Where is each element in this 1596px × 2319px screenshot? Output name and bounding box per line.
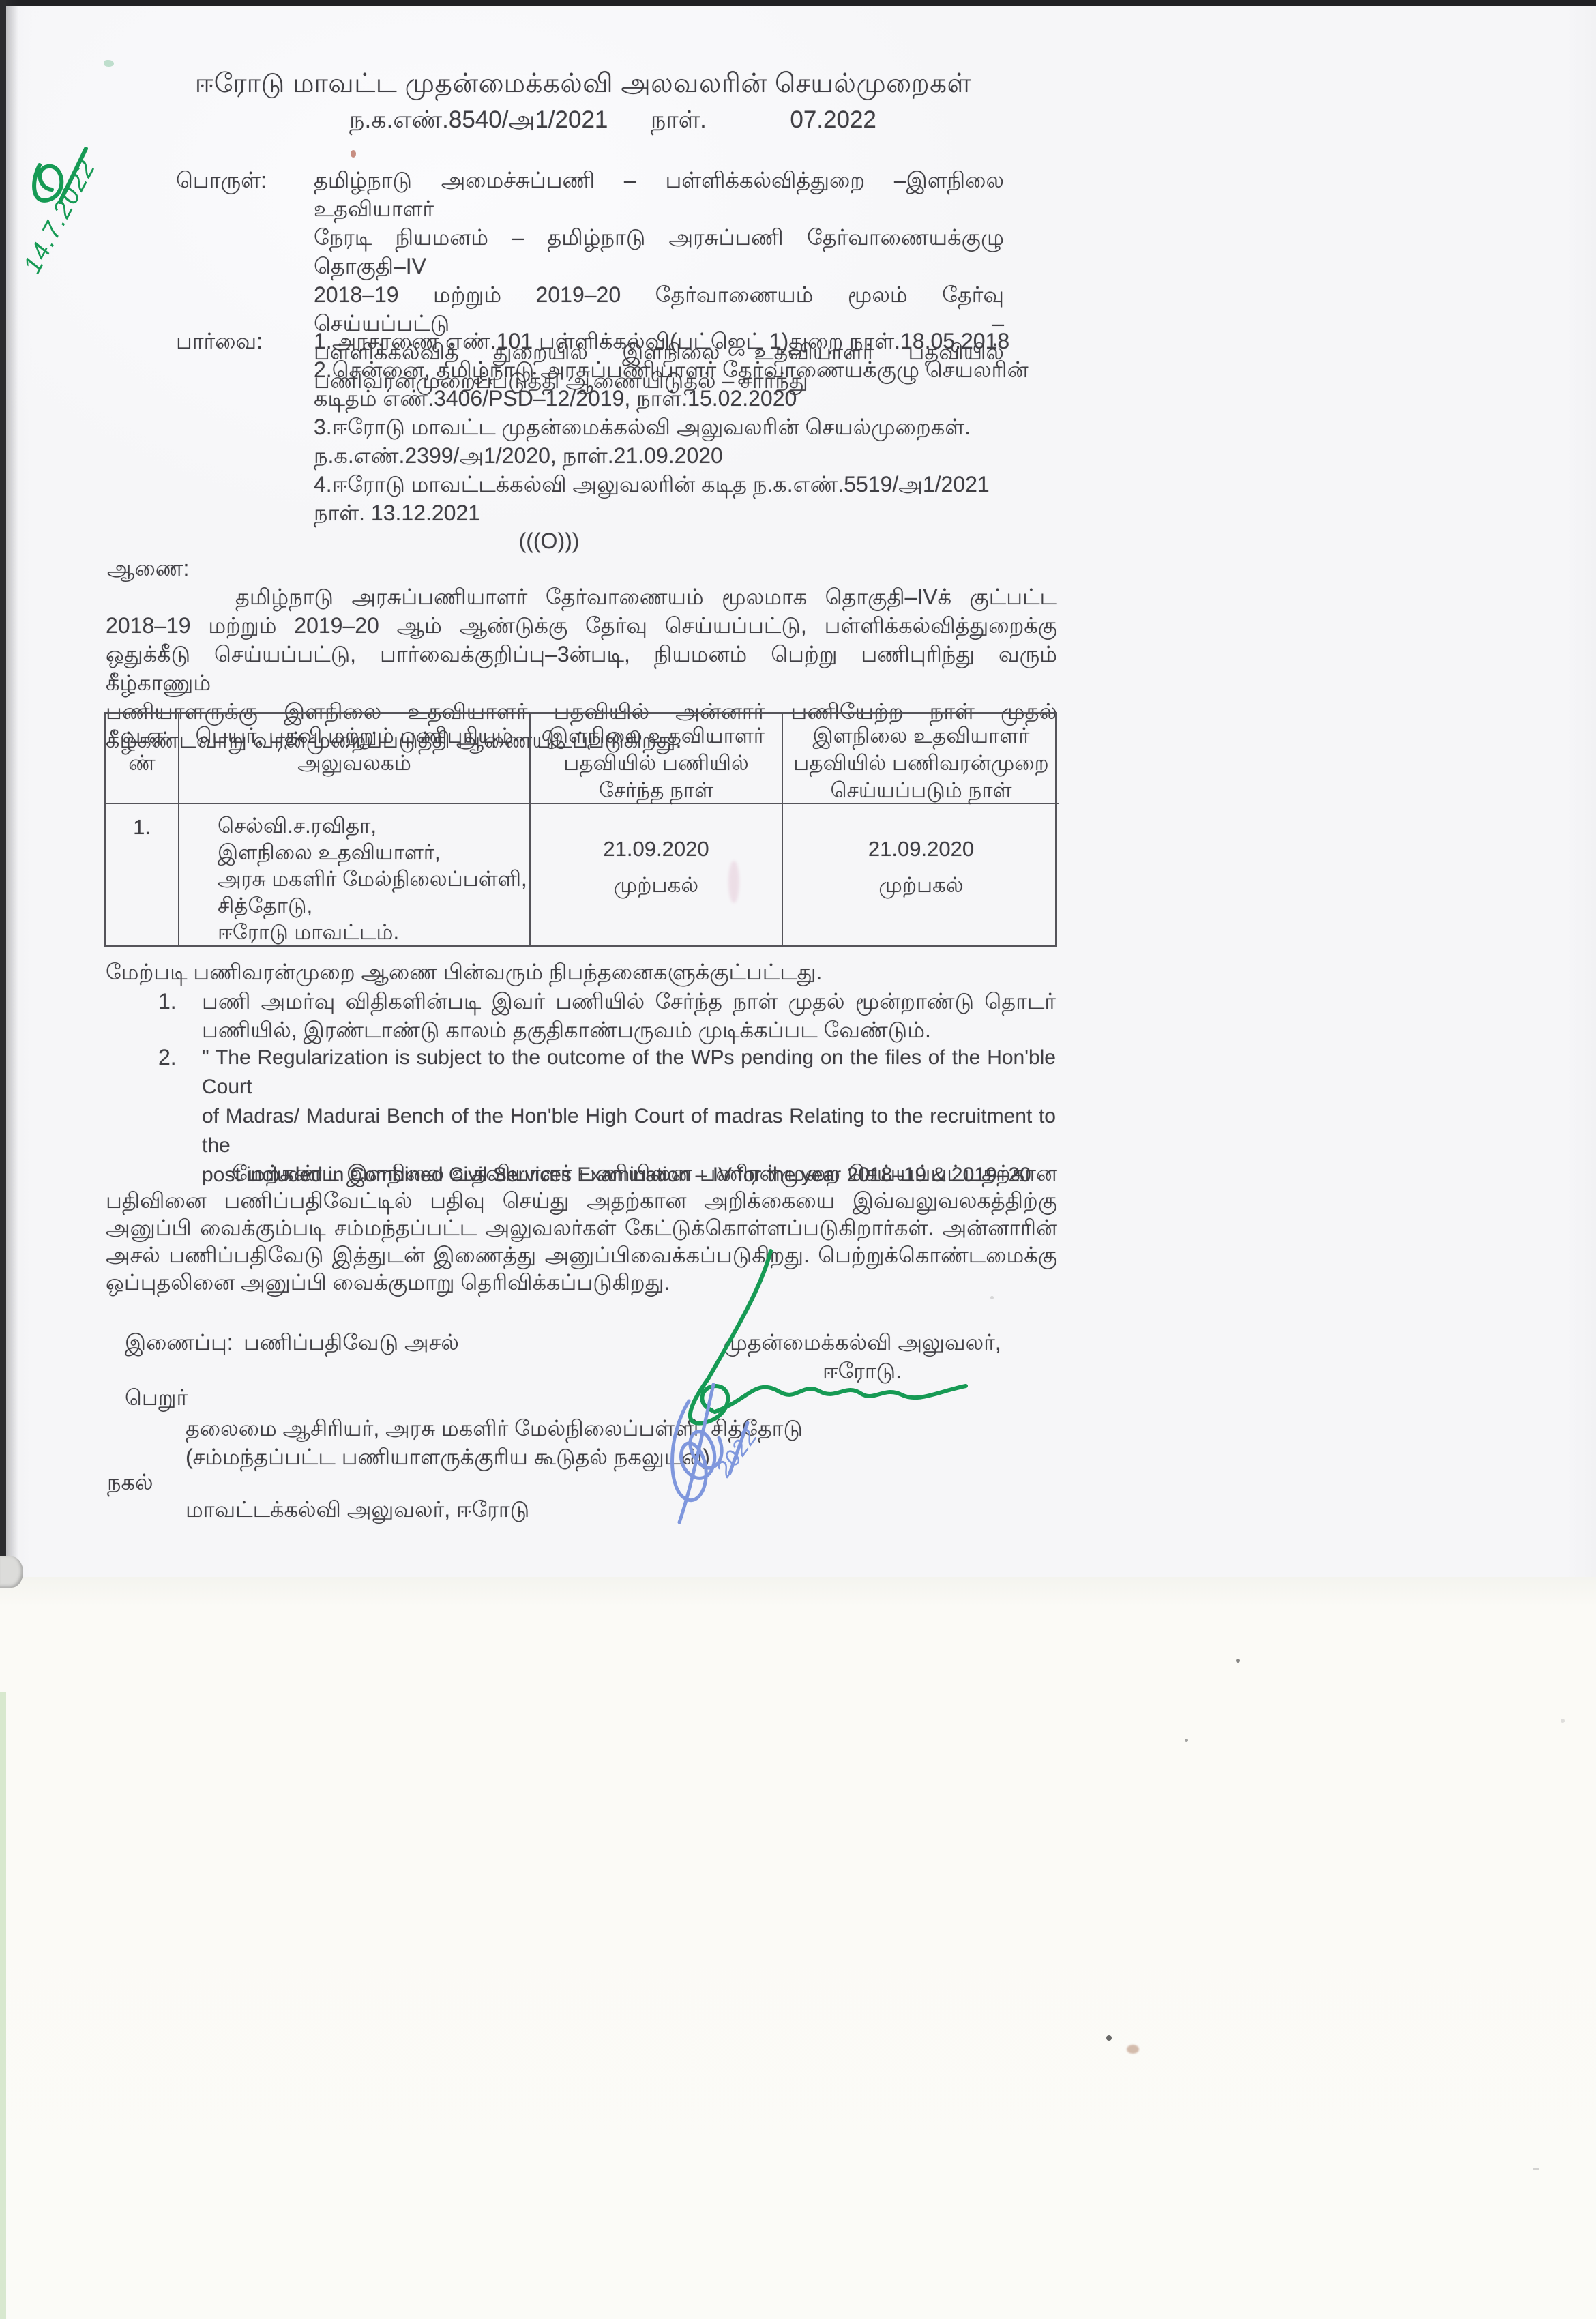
date-value: 07.2022 — [790, 106, 876, 133]
ink-speck — [351, 150, 356, 158]
header: ஈரோடு மாவட்ட முதன்மைக்கல்வி அலவலரின் செய… — [106, 70, 1061, 98]
scan-left-edge — [0, 0, 6, 1577]
file-number: ந.க.எண்.8540/அ1/2021 — [349, 106, 608, 133]
copy-line: மாவட்டக்கல்வி அலுவலர், ஈரோடு — [186, 1495, 529, 1524]
recipient-label: பெறுர் — [125, 1383, 188, 1412]
pink-smudge — [728, 861, 739, 903]
dust-speck — [1106, 2035, 1112, 2041]
table-header-serial: வ.எ ண் — [106, 714, 179, 804]
separator-mark: (((O))) — [106, 527, 992, 555]
closing-line: அனுப்பி வைக்கும்படி சம்மந்தப்பட்ட அலுவலர… — [106, 1214, 1057, 1241]
enclosure-value-wrap: பணிப்பதிவேடு அசல் — [243, 1328, 459, 1357]
paper-tear-mark — [0, 1556, 23, 1588]
reference-label: பார்வை: — [176, 327, 263, 355]
condition-item-number: 2. — [158, 1043, 177, 1072]
dust-speck — [1185, 1739, 1188, 1742]
enclosure-label: இணைப்பு: — [125, 1328, 233, 1357]
brown-smudge — [1127, 2045, 1139, 2054]
order-line: ஒதுக்கீடு செய்யப்பட்டு, பார்வைக்குறிப்பு… — [106, 640, 1057, 697]
conditions-intro: மேற்படி பணிவரன்முறை ஆணை பின்வரும் நிபந்த… — [106, 958, 1057, 986]
order-label-wrap: ஆணை: — [107, 554, 189, 582]
reference-label-wrap: பார்வை: — [176, 327, 263, 355]
dust-speck — [1236, 1659, 1240, 1663]
reference-line: கடிதம் எண்.3406/PSD–12/2019, நாள்.15.02.… — [314, 384, 1040, 413]
subject-label-wrap: பொருள்: — [176, 166, 267, 194]
table-row-serial: 1. — [106, 804, 179, 945]
reference-line: 4.ஈரோடு மாவட்டக்கல்வி அலுவலரின் கடித ந.க… — [314, 470, 1040, 499]
copy-label: நகல் — [107, 1468, 153, 1496]
copy-block: மாவட்டக்கல்வி அலுவலர், ஈரோடு — [186, 1495, 529, 1524]
condition-line: of Madras/ Madurai Bench of the Hon'ble … — [202, 1102, 1056, 1160]
file-number-line: ந.க.எண்.8540/அ1/2021 நாள். 07.2022 — [349, 106, 876, 134]
scan-top-edge — [0, 0, 1596, 6]
reference-line: ந.க.எண்.2399/அ1/2020, நாள்.21.09.2020 — [314, 441, 1040, 470]
table-row-joining-date: 21.09.2020 முற்பகல் — [531, 804, 783, 945]
date-label: நாள். — [651, 106, 707, 133]
condition-line: பணியில், இரண்டாண்டு காலம் தகுதிகாண்பருவம… — [202, 1016, 1056, 1044]
separator-wrap: (((O))) — [106, 527, 992, 555]
subject-label: பொருள்: — [176, 166, 267, 194]
scan-left-green-strip — [0, 1692, 6, 2319]
reference-line: 1.அரசாணை எண்.101 பள்ளிக்கல்வி(பட்ஜெட் 1)… — [314, 327, 1040, 355]
closing-line: பதிவினை பணிப்பதிவேட்டில் பதிவு செய்து அத… — [106, 1187, 1057, 1214]
order-line: 2018–19 மற்றும் 2019–20 ஆம் ஆண்டுக்கு தே… — [106, 611, 1057, 640]
reference-line: 2.சென்னை, தமிழ்நாடு அரசுப்பணியாளர் தேர்வ… — [314, 355, 1040, 384]
reference-line: நாள். 13.12.2021 — [314, 499, 1040, 527]
copy-label-wrap: நகல் — [107, 1468, 153, 1496]
condition-item-1: பணி அமர்வு விதிகளின்படி இவர் பணியில் சேர… — [202, 987, 1056, 1044]
reference-line: 3.ஈரோடு மாவட்ட முதன்மைக்கல்வி அலுவலரின் … — [314, 413, 1040, 441]
regularization-table: வ.எ ண் பெயர், பதவி மற்றும் பணிபுரியும் அ… — [104, 712, 1057, 947]
closing-line: மேற்கண்ட இளநிலை உதவியாளர் பணியினை பணிரன்… — [106, 1159, 1057, 1187]
order-line: தமிழ்நாடு அரசுப்பணியாளர் தேர்வாணையம் மூல… — [106, 582, 1057, 611]
table-header-regularization-date: இளநிலை உதவியாளர் பதவியில் பணிவரன்முறை செ… — [783, 714, 1059, 804]
dust-speck — [1561, 1719, 1565, 1723]
subject-line: தமிழ்நாடு அமைச்சுப்பணி – பள்ளிக்கல்வித்த… — [314, 166, 1004, 223]
order-label: ஆணை: — [107, 554, 189, 582]
dust-speck — [1533, 2168, 1539, 2170]
conditions-intro-wrap: மேற்படி பணிவரன்முறை ஆணை பின்வரும் நிபந்த… — [106, 958, 1057, 986]
scan-left-edge-shadow — [6, 0, 18, 1577]
enclosure-label-wrap: இணைப்பு: — [125, 1328, 233, 1357]
condition-item-number: 1. — [158, 987, 177, 1016]
table-row-name-office: செல்வி.ச.ரவிதா, இளநிலை உதவியாளர், அரசு ம… — [179, 804, 531, 945]
green-fleck — [104, 60, 114, 67]
condition-line: பணி அமர்வு விதிகளின்படி இவர் பணியில் சேர… — [202, 987, 1056, 1016]
enclosure-value: பணிப்பதிவேடு அசல் — [243, 1328, 459, 1357]
table-row-regularization-date: 21.09.2020 முற்பகல் — [783, 804, 1059, 945]
table-header-joining-date: இளநிலை உதவியாளர் பதவியில் பணியில் சேர்ந்… — [531, 714, 783, 804]
backing-paper — [0, 1577, 1596, 2319]
document-title: ஈரோடு மாவட்ட முதன்மைக்கல்வி அலவலரின் செய… — [106, 70, 1061, 98]
scanned-document: ஈரோடு மாவட்ட முதன்மைக்கல்வி அலவலரின் செய… — [0, 0, 1596, 2319]
subject-line: நேரடி நியமனம் – தமிழ்நாடு அரசுப்பணி தேர்… — [314, 223, 1004, 280]
reference-block: 1.அரசாணை எண்.101 பள்ளிக்கல்வி(பட்ஜெட் 1)… — [314, 327, 1040, 527]
recipient-label-wrap: பெறுர் — [125, 1383, 188, 1412]
table-header-name-office: பெயர், பதவி மற்றும் பணிபுரியும் அலுவலகம் — [179, 714, 531, 804]
condition-line: " The Regularization is subject to the o… — [202, 1043, 1056, 1102]
dust-speck — [990, 1296, 994, 1299]
